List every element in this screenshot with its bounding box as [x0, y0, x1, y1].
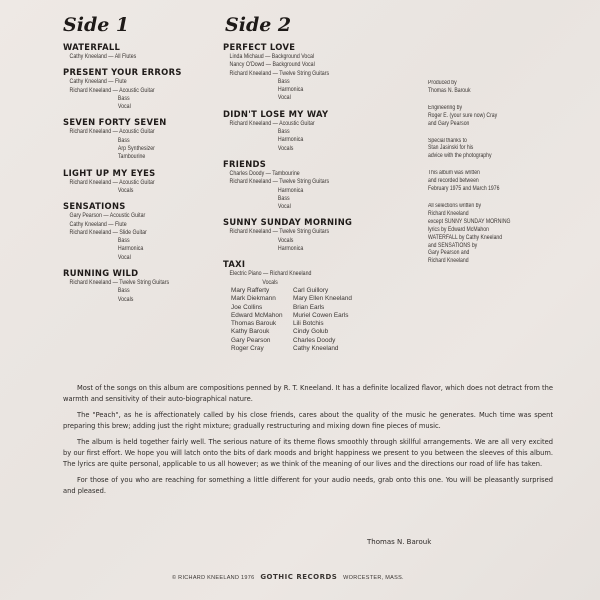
- note-line: and recorded between: [428, 178, 547, 186]
- copyright-text: © RICHARD KNEELAND 1976: [172, 575, 254, 581]
- note-line: advice with the photography: [428, 153, 547, 161]
- vocalist-name: Charles Doody: [293, 337, 383, 345]
- credit-line: Richard Kneeland — Bass: [63, 95, 194, 103]
- note-line: except SUNNY SUNDAY MORNING: [428, 219, 547, 227]
- credit-line: Richard Kneeland — Arp Synthesizer: [63, 145, 194, 153]
- vocalist-name: Cathy Kneeland: [293, 345, 383, 353]
- taxi-vocalists: Mary RaffertyCarl GuilloryMark DiekmannM…: [223, 287, 408, 353]
- instrument: Bass: [278, 128, 290, 135]
- credit-line: Richard Kneeland — Harmonica: [63, 245, 194, 253]
- vocalist-name: Mary Ellen Kneeland: [293, 295, 383, 303]
- song-entry: LIGHT UP MY EYESRichard Kneeland — Acous…: [63, 168, 223, 196]
- song-title: SUNNY SUNDAY MORNING: [223, 217, 408, 228]
- vocalist-name: Muriel Cowen Earls: [293, 312, 383, 320]
- instrument: Bass: [118, 287, 130, 294]
- copyright-footer: © RICHARD KNEELAND 1976 GOTHIC RECORDS W…: [172, 573, 404, 581]
- song-entry: PERFECT LOVELinda Michaud — Background V…: [223, 42, 408, 103]
- song-title: TAXI: [223, 259, 408, 270]
- liner-paragraph: Most of the songs on this album are comp…: [63, 383, 553, 404]
- note-line: All selections written by: [428, 203, 547, 211]
- instrument: Bass: [118, 95, 130, 102]
- credit-line: Richard Kneeland — Bass: [63, 287, 194, 295]
- instrument: Harmonica: [278, 136, 303, 143]
- song-entry: SUNNY SUNDAY MORNINGRichard Kneeland — T…: [223, 217, 408, 253]
- vocalist-name: Mark Diekmann: [231, 295, 293, 303]
- credit-line: Richard Kneeland — Vocal: [63, 254, 194, 262]
- song-title: DIDN'T LOSE MY WAY: [223, 109, 408, 120]
- song-title: LIGHT UP MY EYES: [63, 168, 223, 179]
- song-entry: WATERFALLCathy Kneeland — All Flutes: [63, 42, 223, 61]
- instrument: Tambourine: [118, 153, 145, 160]
- vocalist-name: Carl Guillory: [293, 287, 383, 295]
- credit-line: Cathy Kneeland — All Flutes: [63, 53, 194, 61]
- instrument: Bass: [278, 195, 290, 202]
- credit-line: Richard Kneeland — Bass: [223, 78, 375, 86]
- production-notes: Produced byThomas N. BaroukEngineering b…: [428, 80, 568, 275]
- credit-line: Richard Kneeland — Bass: [63, 237, 194, 245]
- vocalist-name: Kathy Barouk: [231, 328, 293, 336]
- song-title: SENSATIONS: [63, 201, 223, 212]
- note-block: Produced byThomas N. Barouk: [428, 80, 547, 96]
- credit-line: Richard Kneeland — Acoustic Guitar: [63, 128, 194, 136]
- instrument: Bass: [278, 78, 290, 85]
- note-block: Engineering byRoger E. (your sure now) C…: [428, 105, 547, 129]
- credit-line: Nancy O'Dowd — Background Vocal: [223, 61, 375, 69]
- liner-paragraph: The "Peach", as he is affectionately cal…: [63, 410, 553, 431]
- song-title: WATERFALL: [63, 42, 223, 53]
- note-line: This album was written: [428, 170, 547, 178]
- credit-line: Richard Kneeland — Harmonica: [223, 86, 375, 94]
- credit-line: Richard Kneeland — Vocals: [223, 237, 375, 245]
- liner-paragraph: The album is held together fairly well. …: [63, 437, 553, 469]
- note-line: lyrics by Edward McMahon: [428, 227, 547, 235]
- song-taxi: TAXI Electric Piano — Richard Kneeland V…: [223, 259, 408, 353]
- vocalist-name: Gary Pearson: [231, 337, 293, 345]
- credit-line: Richard Kneeland — Vocal: [63, 103, 194, 111]
- vocalist-name: Lili Botchis: [293, 320, 383, 328]
- note-block: Special thanks toStan Jasinski for hisad…: [428, 138, 547, 162]
- song-entry: DIDN'T LOSE MY WAYRichard Kneeland — Aco…: [223, 109, 408, 153]
- note-line: Engineering by: [428, 105, 547, 113]
- credit-line: Richard Kneeland — Vocal: [223, 203, 375, 211]
- song-entry: SEVEN FORTY SEVENRichard Kneeland — Acou…: [63, 117, 223, 161]
- instrument: Vocal: [278, 94, 291, 101]
- side-1-heading: Side 1: [63, 14, 129, 36]
- note-line: WATERFALL by Cathy Kneeland: [428, 235, 547, 243]
- credit-line: Richard Kneeland — Harmonica: [223, 187, 375, 195]
- song-title: PRESENT YOUR ERRORS: [63, 67, 223, 78]
- instrument: Vocal: [118, 103, 131, 110]
- instrument: Vocals: [278, 237, 293, 244]
- credit-line: Gary Pearson — Acoustic Guitar: [63, 212, 194, 220]
- note-block: All selections written byRichard Kneelan…: [428, 203, 547, 266]
- label-location: WORCESTER, MASS.: [343, 575, 404, 581]
- vocalist-name: Cindy Golub: [293, 328, 383, 336]
- note-block: This album was writtenand recorded betwe…: [428, 170, 547, 194]
- credit-line: Charles Doody — Tambourine: [223, 170, 375, 178]
- credit-line: Electric Piano — Richard Kneeland: [223, 270, 375, 278]
- vocalist-name: Mary Rafferty: [231, 287, 293, 295]
- song-title: FRIENDS: [223, 159, 408, 170]
- song-entry: RUNNING WILDRichard Kneeland — Twelve St…: [63, 268, 223, 304]
- note-line: Richard Kneeland: [428, 258, 547, 266]
- instrument: Vocals: [118, 296, 133, 303]
- credit-line: Richard Kneeland — Bass: [223, 128, 375, 136]
- credit-line: Richard Kneeland — Twelve String Guitars: [63, 279, 194, 287]
- instrument: Harmonica: [278, 86, 303, 93]
- note-line: and SENSATIONS by: [428, 243, 547, 251]
- credit-line: Richard Kneeland — Harmonica: [223, 245, 375, 253]
- credit-line: Richard Kneeland — Vocals: [223, 145, 375, 153]
- note-line: and Gary Pearson: [428, 121, 547, 129]
- instrument: Bass: [118, 237, 130, 244]
- album-back-cover: Side 1 Side 2 WATERFALLCathy Kneeland — …: [0, 0, 600, 600]
- vocalist-name: Roger Cray: [231, 345, 293, 353]
- liner-notes-signature: Thomas N. Barouk: [367, 538, 431, 546]
- credit-line: Richard Kneeland — Vocals: [63, 187, 194, 195]
- side-2-heading: Side 2: [225, 14, 291, 36]
- credit-line: Cathy Kneeland — Flute: [63, 78, 194, 86]
- instrument: Harmonica: [278, 187, 303, 194]
- credit-line: Richard Kneeland — Harmonica: [223, 136, 375, 144]
- credit-line: Richard Kneeland — Acoustic Guitar: [223, 120, 375, 128]
- note-line: Roger E. (your sure now) Cray: [428, 113, 547, 121]
- credit-line: Cathy Kneeland — Flute: [63, 221, 194, 229]
- liner-paragraph: For those of you who are reaching for so…: [63, 475, 553, 496]
- credit-line: Richard Kneeland — Acoustic Guitar: [63, 179, 194, 187]
- vocalist-name: Joe Collins: [231, 304, 293, 312]
- note-line: Richard Kneeland: [428, 211, 547, 219]
- song-entry: PRESENT YOUR ERRORSCathy Kneeland — Flut…: [63, 67, 223, 111]
- note-line: February 1975 and March 1976: [428, 186, 547, 194]
- credit-line: Vocals: [223, 279, 375, 287]
- side-1-tracklist: WATERFALLCathy Kneeland — All FlutesPRES…: [63, 42, 223, 310]
- instrument: Vocals: [278, 145, 293, 152]
- credit-line: Linda Michaud — Background Vocal: [223, 53, 375, 61]
- vocalist-name: Edward McMahon: [231, 312, 293, 320]
- credit-line: Richard Kneeland — Vocals: [63, 296, 194, 304]
- instrument: Vocals: [118, 187, 133, 194]
- side-2-tracklist: PERFECT LOVELinda Michaud — Background V…: [223, 42, 408, 359]
- record-label: GOTHIC RECORDS: [260, 573, 337, 581]
- credit-line: Richard Kneeland — Twelve String Guitars: [223, 70, 375, 78]
- song-entry: FRIENDSCharles Doody — TambourineRichard…: [223, 159, 408, 211]
- instrument: Arp Synthesizer: [118, 145, 155, 152]
- song-title: RUNNING WILD: [63, 268, 223, 279]
- note-line: Special thanks to: [428, 138, 547, 146]
- instrument: Harmonica: [278, 245, 303, 252]
- note-line: Stan Jasinski for his: [428, 145, 547, 153]
- instrument: Vocal: [278, 203, 291, 210]
- song-entry: SENSATIONSGary Pearson — Acoustic Guitar…: [63, 201, 223, 262]
- credit-line: Richard Kneeland — Bass: [223, 195, 375, 203]
- note-line: Produced by: [428, 80, 547, 88]
- credit-line: Richard Kneeland — Tambourine: [63, 153, 194, 161]
- credit-line: Richard Kneeland — Slide Guitar: [63, 229, 194, 237]
- credit-line: Richard Kneeland — Twelve String Guitars: [223, 178, 375, 186]
- note-line: Thomas N. Barouk: [428, 88, 547, 96]
- song-title: SEVEN FORTY SEVEN: [63, 117, 223, 128]
- credit-line: Richard Kneeland — Acoustic Guitar: [63, 87, 194, 95]
- note-line: Gary Pearson and: [428, 250, 547, 258]
- instrument: Bass: [118, 137, 130, 144]
- instrument: Harmonica: [118, 245, 143, 252]
- instrument: Vocal: [118, 254, 131, 261]
- liner-notes: Most of the songs on this album are comp…: [63, 383, 553, 502]
- song-title: PERFECT LOVE: [223, 42, 408, 53]
- credit-line: Richard Kneeland — Bass: [63, 137, 194, 145]
- credit-line: Richard Kneeland — Vocal: [223, 94, 375, 102]
- vocalist-name: Brian Earls: [293, 304, 383, 312]
- credit-line: Richard Kneeland — Twelve String Guitars: [223, 228, 375, 236]
- vocalist-name: Thomas Barouk: [231, 320, 293, 328]
